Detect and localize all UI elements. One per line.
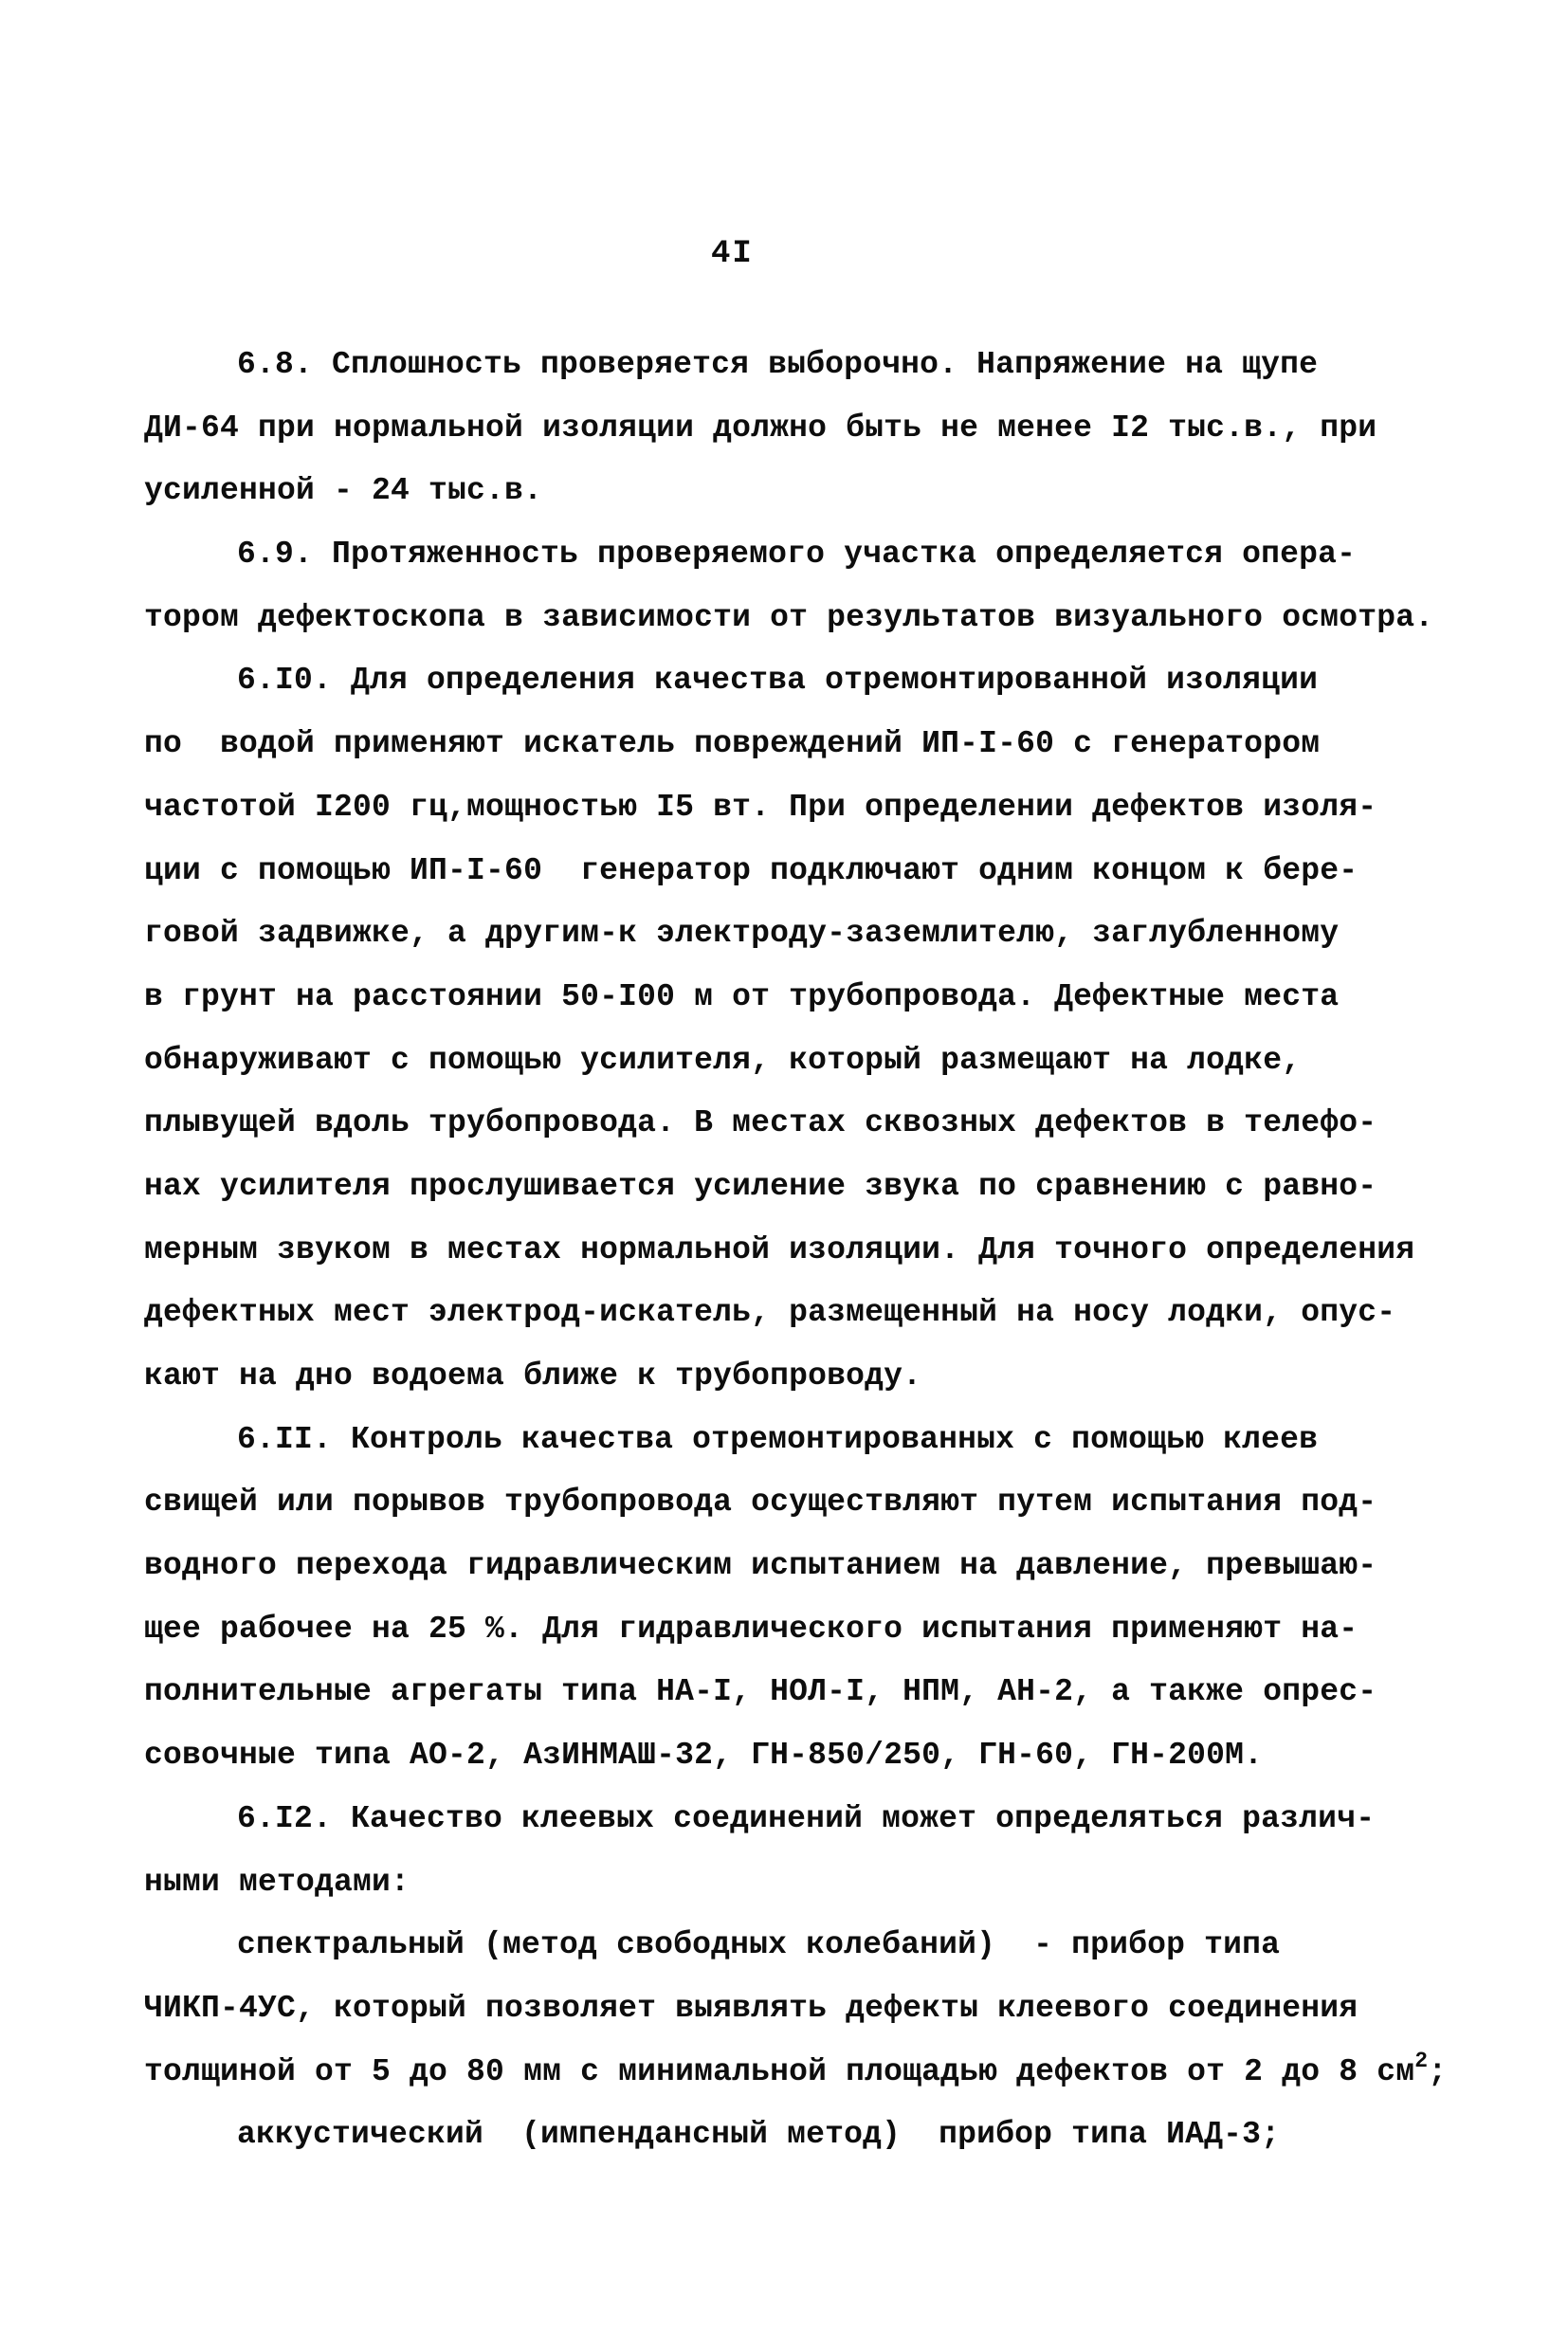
text-line-clause-6-10: 6.I0. Для определения качества отремонти… — [144, 649, 1490, 713]
text-line: свищей или порывов трубопровода осуществ… — [144, 1471, 1490, 1535]
text-line: дефектных мест электрод-искатель, размещ… — [144, 1282, 1490, 1345]
text-line-with-superscript: толщиной от 5 до 80 мм с минимальной пло… — [144, 2041, 1490, 2105]
text-line: полнительные агрегаты типа НА-I, НОЛ-I, … — [144, 1661, 1490, 1724]
text-line: нах усилителя прослушивается усиление зв… — [144, 1156, 1490, 1219]
text-line-clause-6-9: 6.9. Протяженность проверяемого участка … — [144, 523, 1490, 587]
text-line-clause-6-12: 6.I2. Качество клеевых соединений может … — [144, 1788, 1490, 1851]
text-line: совочные типа АО-2, АзИНМАШ-32, ГН-850/2… — [144, 1724, 1490, 1788]
text-line: кают на дно водоема ближе к трубопроводу… — [144, 1345, 1490, 1409]
text-line: по водой применяют искатель повреждений … — [144, 713, 1490, 776]
text-line: мерным звуком в местах нормальной изоляц… — [144, 1219, 1490, 1283]
text-line: аккустический (импендансный метод) прибо… — [144, 2104, 1490, 2167]
text-line: щее рабочее на 25 %. Для гидравлического… — [144, 1598, 1490, 1662]
text-line: ДИ-64 при нормальной изоляции должно быт… — [144, 397, 1490, 461]
text-line: усиленной - 24 тыс.в. — [144, 460, 1490, 523]
text-line: спектральный (метод свободных колебаний)… — [144, 1914, 1490, 1977]
text-line: ЧИКП-4УС, который позволяет выявлять деф… — [144, 1977, 1490, 2041]
superscript-2: 2 — [1414, 2049, 1428, 2073]
document-body: 6.8. Сплошность проверяется выборочно. Н… — [144, 334, 1490, 2167]
text-line: обнаруживают с помощью усилителя, которы… — [144, 1030, 1490, 1093]
scanned-document-page: 4I 6.8. Сплошность проверяется выборочно… — [0, 0, 1568, 2351]
text-line: говой задвижке, а другим-к электроду-заз… — [144, 902, 1490, 966]
text-line: водного перехода гидравлическим испытани… — [144, 1535, 1490, 1598]
text-line: частотой I200 гц,мощностью I5 вт. При оп… — [144, 776, 1490, 840]
text-line: тором дефектоскопа в зависимости от резу… — [144, 587, 1490, 650]
text-line-clause-6-11: 6.II. Контроль качества отремонтированны… — [144, 1409, 1490, 1472]
text-line: плывущей вдоль трубопровода. В местах ск… — [144, 1092, 1490, 1156]
text-segment: толщиной от 5 до 80 мм с минимальной пло… — [144, 2054, 1414, 2089]
text-line: в грунт на расстоянии 50-I00 м от трубоп… — [144, 966, 1490, 1030]
text-line: ции с помощью ИП-I-60 генератор подключа… — [144, 840, 1490, 903]
text-line: ными методами: — [144, 1851, 1490, 1915]
text-segment: ; — [1428, 2054, 1447, 2089]
page-number: 4I — [711, 235, 754, 273]
text-line-clause-6-8: 6.8. Сплошность проверяется выборочно. Н… — [144, 334, 1490, 397]
